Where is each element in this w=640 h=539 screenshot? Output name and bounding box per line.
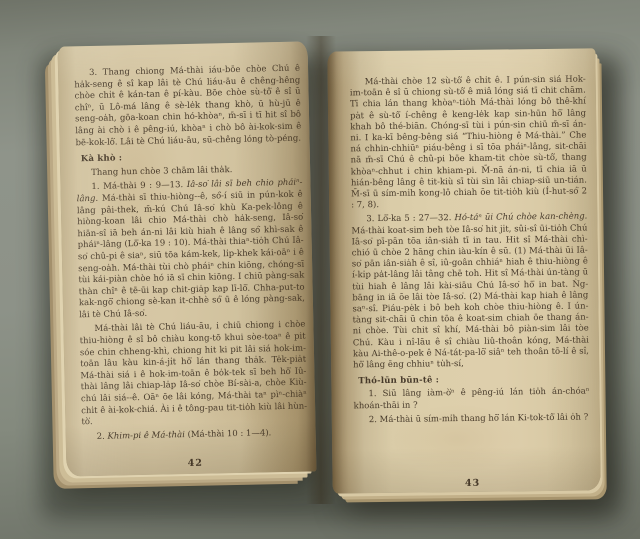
- text-run: 1. Má-thài 9 : 9—13.: [91, 180, 187, 192]
- text-run: Hó-táⁿ ūi Chú chòe kan-chèng.: [454, 212, 587, 224]
- text-run: 2. Má-thài ū sím-mi̍h thang hō͘ lán Ki-t…: [369, 412, 589, 425]
- paragraph: 1. Má-thài 9 : 9—13. Iâ-so͘ lâi sī beh c…: [76, 178, 305, 322]
- text-run: Má-thài koat-sim beh tòe Iâ-so͘ hit ji̍t…: [351, 223, 589, 370]
- paragraph: Má-thài chòe 12 sù-tô͘ ê chi̍t ê. I pún-…: [350, 74, 588, 211]
- paragraph: Má-thài lâi tè Chú liáu-āu, i chiū chion…: [79, 320, 307, 429]
- text-run: 1. Siū lâng iàm-ò͘ⁿ ê pêng-iú lán tio̍h …: [354, 387, 590, 411]
- paragraph: 3. Thang chiong Má-thài iáu-bōe chòe Chú…: [74, 64, 302, 150]
- section-heading: Thó-lūn būn-tê :: [353, 374, 589, 388]
- paragraph: Thang hun chòe 3 chām lâi tha̍k.: [76, 163, 302, 179]
- text-run: Má-thài sī thiu-hiòng--ê, só͘-í siū in p…: [77, 190, 305, 321]
- text-run: Thang hun chòe 3 chām lâi tha̍k.: [91, 165, 232, 178]
- text-run: Thó-lūn būn-tê :: [358, 376, 439, 387]
- text-run: (Má-thài 10 : 1—4).: [185, 428, 272, 440]
- paragraph: 2. Khim-pi ê Má-thài (Má-thài 10 : 1—4).: [82, 427, 308, 443]
- page-42-text-block: 3. Thang chiong Má-thài iáu-bōe chòe Chú…: [74, 64, 308, 444]
- text-run: Má-thài lâi tè Chú liáu-āu, i chiū chion…: [80, 320, 308, 427]
- text-run: 3. Lō͘-ka 5 : 27—32.: [366, 214, 454, 225]
- text-run: 2.: [97, 432, 108, 442]
- paragraph: 2. Má-thài ū sím-mi̍h thang hō͘ lán Ki-t…: [354, 412, 590, 426]
- text-run: 3. Thang chiong Má-thài iáu-bōe chòe Chú…: [74, 64, 301, 148]
- paragraph: 3. Lō͘-ka 5 : 27—32. Hó-táⁿ ūi Chú chòe …: [351, 212, 589, 372]
- paragraph: 1. Siū lâng iàm-ò͘ⁿ ê pêng-iú lán tio̍h …: [353, 387, 589, 412]
- page-number-right: 43: [355, 476, 591, 490]
- page-number-left: 42: [82, 456, 308, 472]
- book-page-left: 3. Thang chiong Má-thài iáu-bōe chòe Chú…: [58, 41, 317, 476]
- book-page-right: Má-thài chòe 12 sù-tô͘ ê chi̍t ê. I pún-…: [327, 48, 600, 493]
- text-run: Kà khò :: [81, 153, 122, 164]
- text-run: Má-thài chòe 12 sù-tô͘ ê chi̍t ê. I pún-…: [350, 74, 587, 210]
- open-book: 3. Thang chiong Má-thài iáu-bōe chòe Chú…: [36, 30, 612, 510]
- text-run: Khim-pi ê Má-thài: [107, 430, 185, 442]
- page-43-text-block: Má-thài chòe 12 sù-tô͘ ê chi̍t ê. I pún-…: [350, 74, 590, 426]
